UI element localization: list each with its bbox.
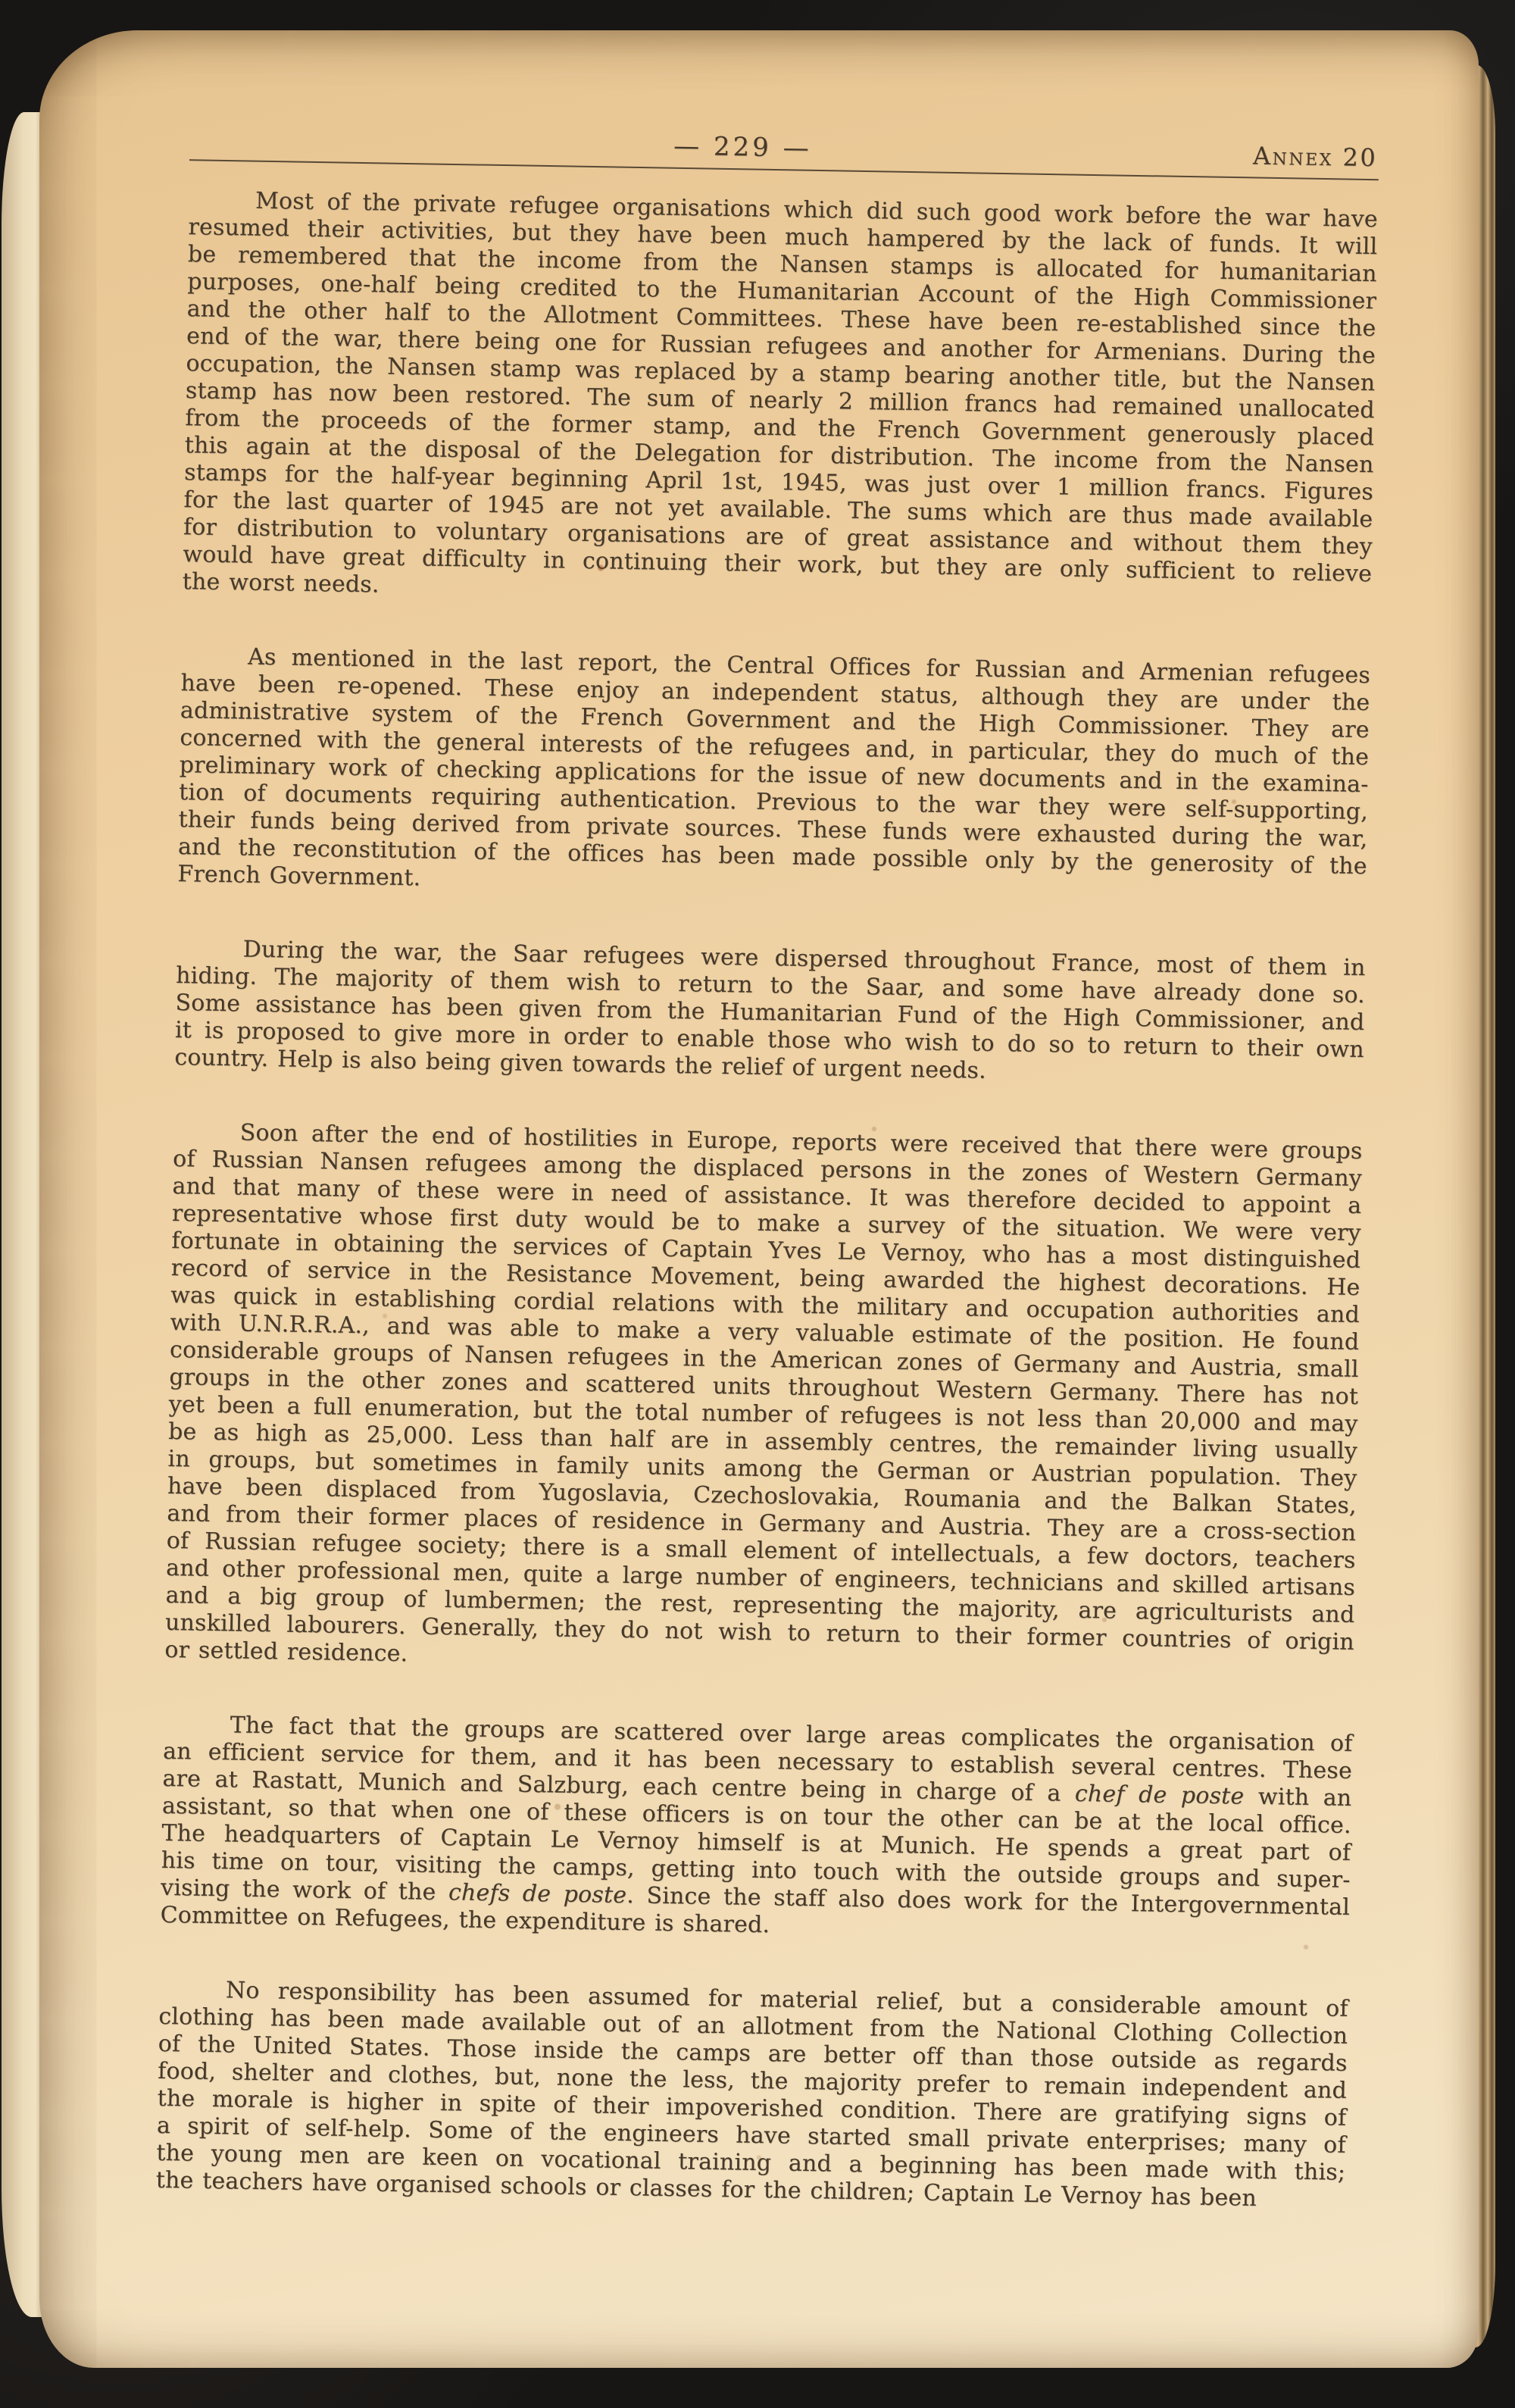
paragraph: No responsibility has been assumed for m… [155, 1976, 1348, 2214]
paragraphs: Most of the private refugee organisation… [155, 186, 1378, 2214]
paragraph: As mentioned in the last report, the Cen… [177, 643, 1370, 908]
paragraph: The fact that the groups are scattered o… [160, 1711, 1353, 1949]
page-content: — 229 — Annex 20 Most of the private ref… [155, 118, 1379, 2214]
paragraph: Most of the private refugee organisation… [182, 186, 1378, 615]
photo-background: { "header": { "page_number": "— 229 —", … [0, 0, 1515, 2408]
page-number: — 229 — [189, 118, 1296, 176]
book-page: — 229 — Annex 20 Most of the private ref… [39, 30, 1479, 2368]
annex-label: Annex 20 [1253, 136, 1378, 177]
paragraph: During the war, the Saar refugees were d… [174, 935, 1366, 1091]
paragraph: Soon after the end of hostilities in Eur… [164, 1118, 1363, 1684]
